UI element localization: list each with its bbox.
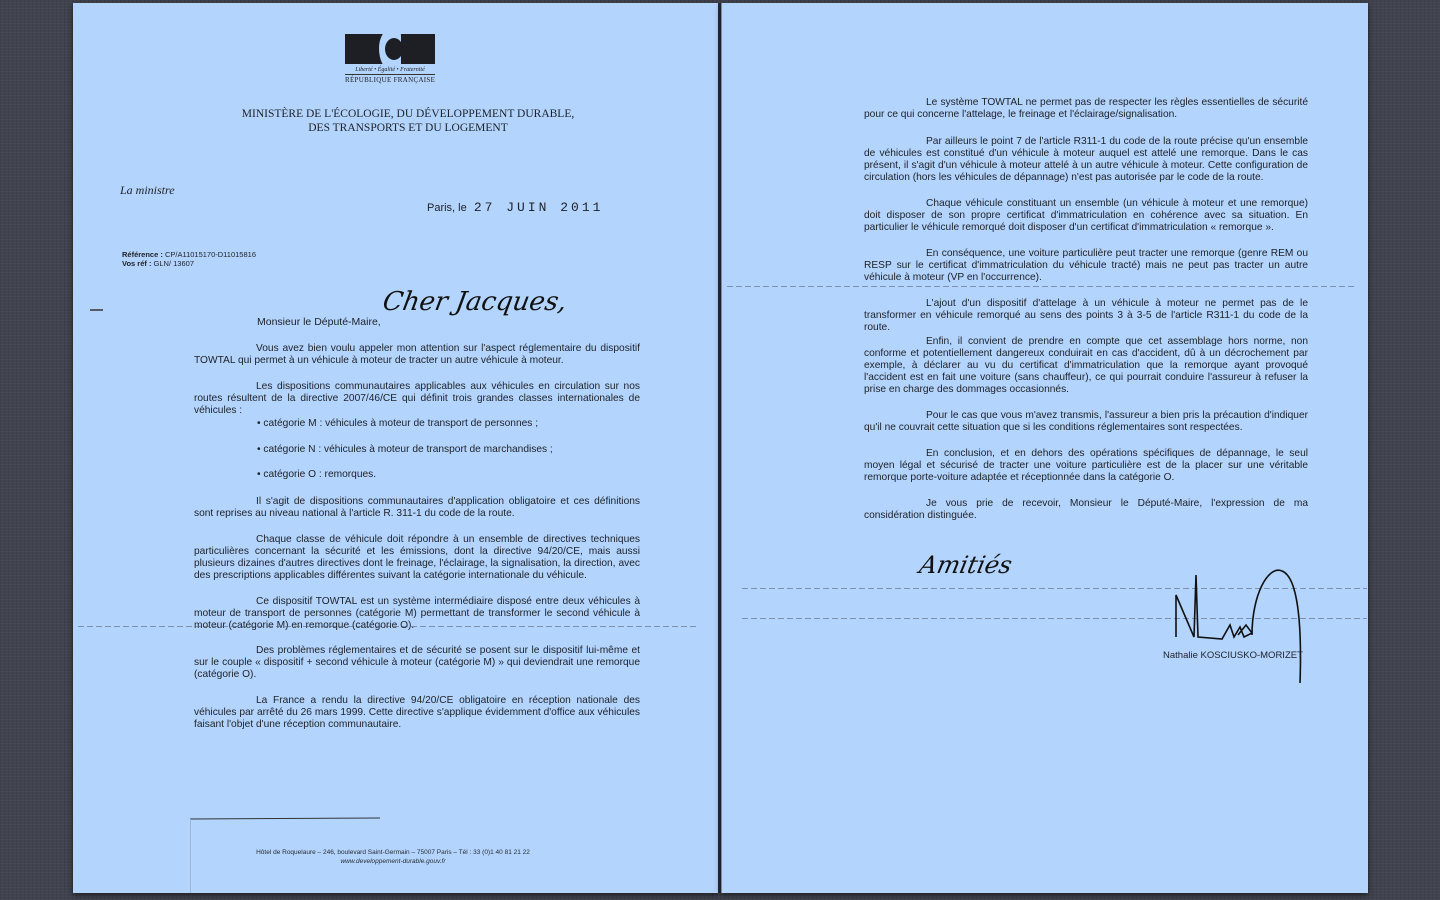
paragraph: Pour le cas que vous m'avez transmis, l'…	[864, 410, 1308, 434]
logo-republic: RÉPUBLIQUE FRANÇAISE	[345, 74, 435, 84]
paragraph: Je vous prie de recevoir, Monsieur le Dé…	[864, 498, 1308, 522]
marianne-icon	[345, 34, 435, 64]
paragraph: L'ajout d'un dispositif d'attelage à un …	[864, 298, 1308, 334]
republique-francaise-logo: Liberté • Égalité • Fraternité RÉPUBLIQU…	[345, 34, 435, 92]
sender-title: La ministre	[120, 183, 175, 198]
paragraph: Chaque véhicule constituant un ensemble …	[864, 198, 1308, 234]
ministry-heading: MINISTÈRE DE L'ÉCOLOGIE, DU DÉVELOPPEMEN…	[203, 107, 613, 135]
paragraph: Chaque classe de véhicule doit répondre …	[194, 534, 640, 582]
signer-name: Nathalie KOSCIUSKO-MORIZET	[1163, 650, 1303, 661]
paragraph: Des problèmes réglementaires et de sécur…	[194, 645, 640, 681]
footer-divider	[190, 818, 380, 820]
salutation: Monsieur le Député-Maire,	[257, 316, 381, 328]
your-reference-value: GLN/ 13607	[154, 259, 194, 268]
list-item: • catégorie M : véhicules à moteur de tr…	[257, 418, 538, 429]
reference-label: Référence :	[122, 250, 163, 259]
list-item: • catégorie N : véhicules à moteur de tr…	[257, 444, 553, 455]
list-item: • catégorie O : remorques.	[257, 469, 376, 480]
date-stamp: 27 JUIN 2011	[474, 200, 604, 215]
ministry-line-2: DES TRANSPORTS ET DU LOGEMENT	[203, 121, 613, 135]
signature-icon	[1172, 565, 1312, 685]
references: Référence : CP/A11015170-D11015816 Vos r…	[122, 250, 256, 268]
paragraph: En conséquence, une voiture particulière…	[864, 248, 1308, 284]
footer-website: www.developpement-durable.gouv.fr	[223, 857, 563, 866]
handwritten-greeting: Cher Jacques,	[380, 287, 569, 317]
paragraph: Enfin, il convient de prendre en compte …	[864, 336, 1308, 396]
date-prefix: Paris, le	[427, 202, 467, 214]
paragraph: Il s'agit de dispositions communautaires…	[194, 496, 640, 520]
scan-line	[727, 286, 1357, 287]
paragraph: Vous avez bien voulu appeler mon attenti…	[194, 343, 640, 367]
handwritten-closing: Amitiés	[917, 551, 1015, 579]
footer-address: Hôtel de Roquelaure – 246, boulevard Sai…	[223, 848, 563, 857]
your-reference-label: Vos réf :	[122, 259, 151, 268]
paragraph: En conclusion, et en dehors des opératio…	[864, 448, 1308, 484]
scan-mark	[90, 309, 103, 311]
paragraph: Les dispositions communautaires applicab…	[194, 381, 640, 417]
paragraph: Par ailleurs le point 7 de l'article R31…	[864, 136, 1308, 184]
scan-line	[78, 626, 698, 627]
paragraph: Le système TOWTAL ne permet pas de respe…	[864, 97, 1308, 121]
paragraph: La France a rendu la directive 94/20/CE …	[194, 695, 640, 731]
reference-value: CP/A11015170-D11015816	[165, 250, 256, 259]
footer-fold-line	[190, 819, 191, 893]
letter-page-2: Le système TOWTAL ne permet pas de respe…	[721, 3, 1368, 893]
letter-page-1: Liberté • Égalité • Fraternité RÉPUBLIQU…	[73, 3, 718, 893]
letter-date: Paris, le 27 JUIN 2011	[427, 200, 603, 215]
ministry-line-1: MINISTÈRE DE L'ÉCOLOGIE, DU DÉVELOPPEMEN…	[203, 107, 613, 121]
letter-footer: Hôtel de Roquelaure – 246, boulevard Sai…	[223, 848, 563, 866]
logo-motto: Liberté • Égalité • Fraternité	[345, 67, 435, 73]
